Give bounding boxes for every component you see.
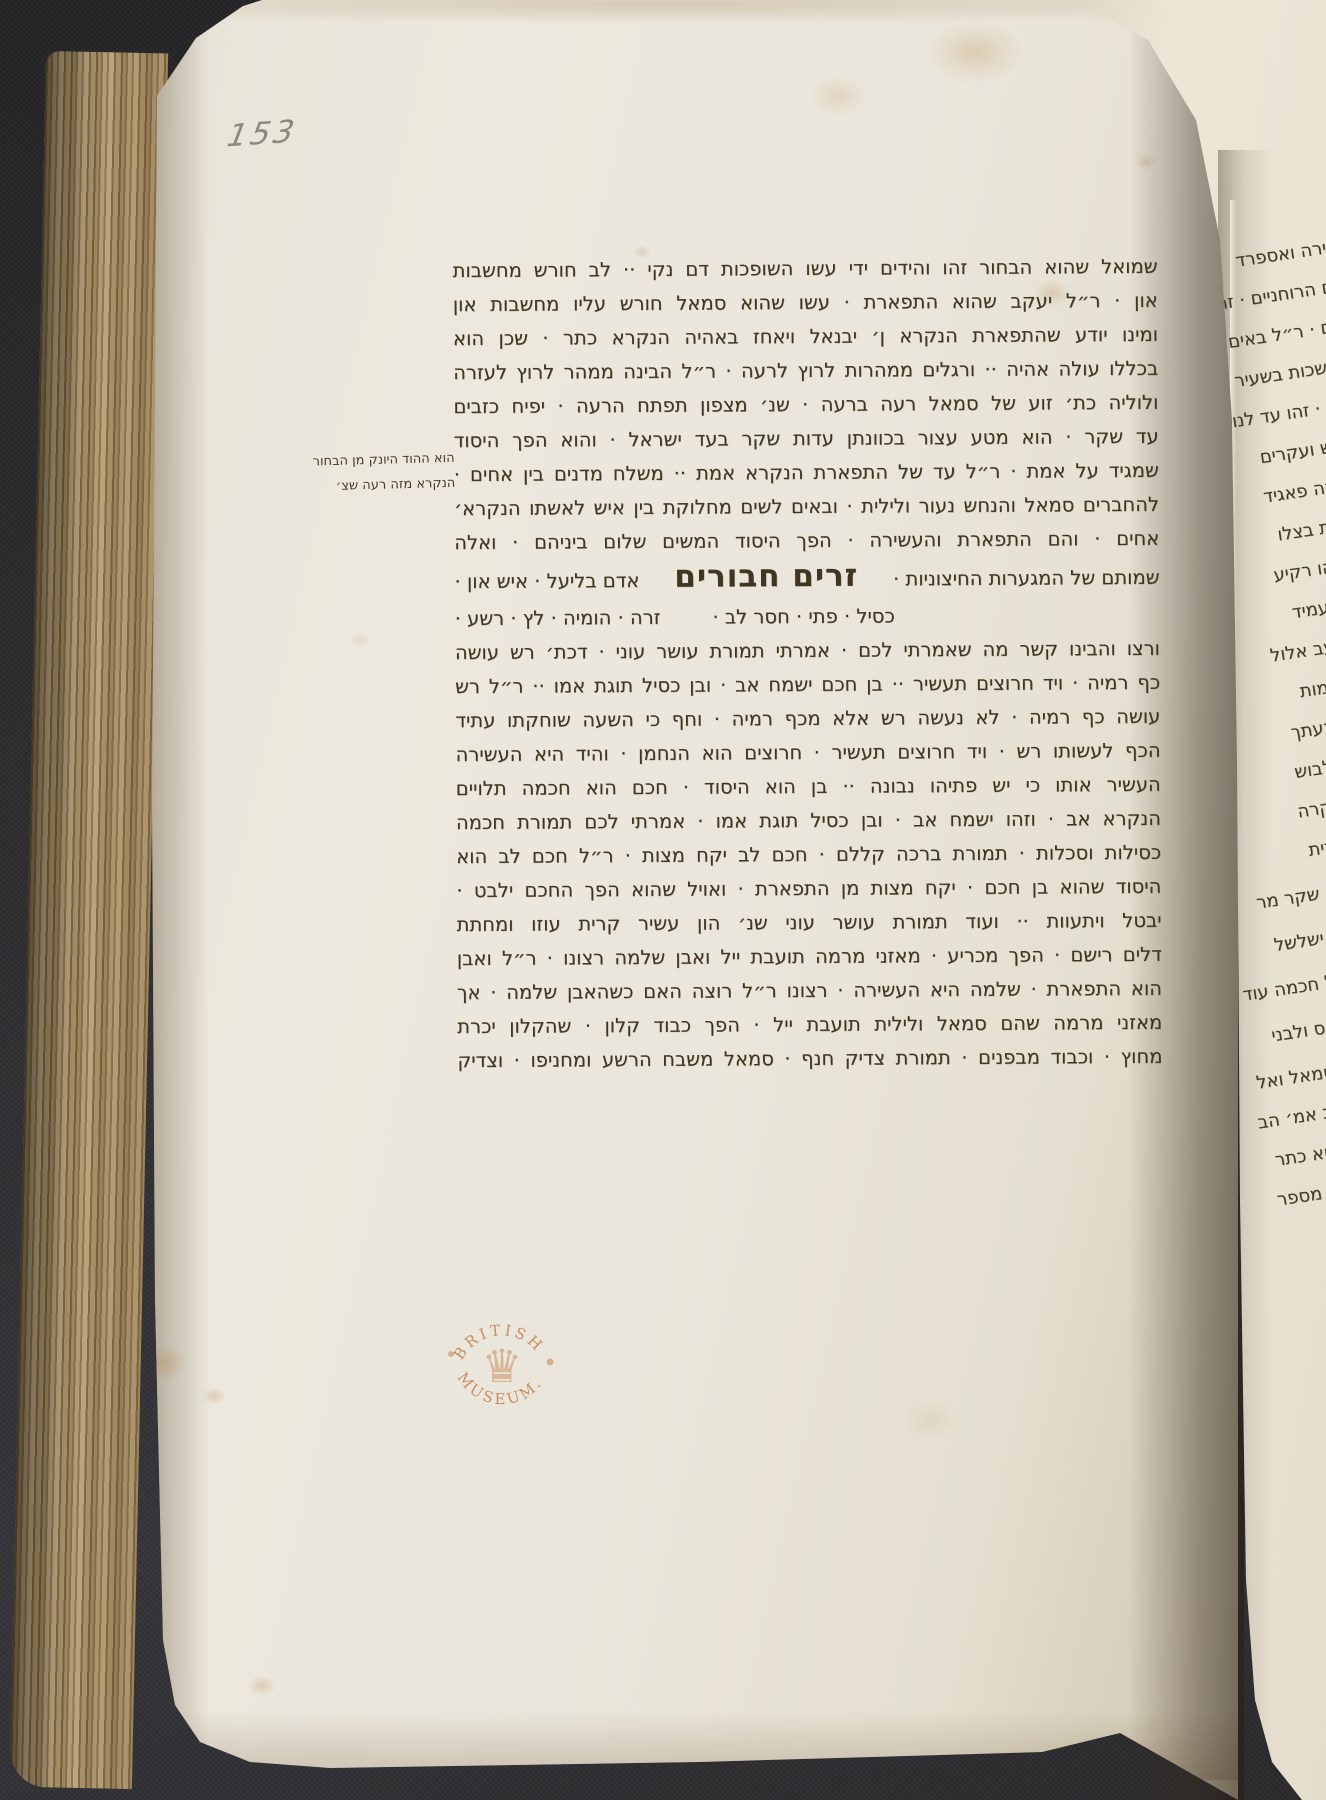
text-line: שמגיד על אמת · ר״ל עד של התפארת הנקרא אמ… xyxy=(454,454,1159,492)
text-line: און · ר״ל יעקב שהוא התפארת · עשו שהוא סמ… xyxy=(453,284,1158,322)
epithet-list-line: כסיל · פתי · חסר לב · זרה · הומיה · לץ ·… xyxy=(455,598,1160,636)
text-line: העשיר אותו כי יש פתיהו נבונה ·· בן הוא ה… xyxy=(456,768,1161,806)
manuscript-photo: 153 הוא ההוד היונק מן הבחור הנקרא מזה רע… xyxy=(0,0,1326,1800)
folio-number: 153 xyxy=(224,114,300,155)
text-line: כף רמיה · ויד חרוצים תעשיר ·· בן חכם ישמ… xyxy=(455,666,1160,704)
text-line: עד שקר · הוא מטע עצור בכוונתן עדות שקר ב… xyxy=(454,420,1159,458)
text-line: להחברים סמאל והנחש נעור ולילית · ובאים ל… xyxy=(454,488,1159,526)
section-heading-line: שמותם של המגערות החיצוניות · זרים חבורים… xyxy=(454,556,1159,602)
text-line: שמואל שהוא הבחור זהו והידים ידי עשו השופ… xyxy=(452,250,1157,288)
text-line: ולוליה כת׳ זוע של סמאל רעה ברעה · שנ׳ מצ… xyxy=(453,386,1158,424)
text-line: מאזני מרמה שהם סמאל ולילית תועבת ייל · ה… xyxy=(457,1006,1162,1044)
text-line: יבטל ויתעוות ·· ועוד תמורת עושר עוני שנ׳… xyxy=(456,904,1161,942)
text-line: הכף לעשותו רש · ויד חרוצים תעשיר · חרוצי… xyxy=(455,734,1160,772)
british-museum-stamp: BRITISH MUSEUM. ♛ xyxy=(446,1306,558,1424)
epithet-cluster-right: כסיל · פתי · חסר לב · xyxy=(712,599,895,634)
text-line: הוא התפארת · שלמה היא העשירה · רצונו ר״ל… xyxy=(457,972,1162,1010)
text-line: דלים רישם · הפך מכריע · מאזני מרמה תועבת… xyxy=(457,938,1162,976)
section-title: זרים חבורים xyxy=(674,558,858,595)
text-line: היסוד שהוא בן חכם · יקח מצות מן התפארת ·… xyxy=(456,870,1161,908)
text-line: כסילות וסכלות · תמורת ברכה קללם · חכם לב… xyxy=(456,836,1161,874)
epithet-cluster-left: זרה · הומיה · לץ · רשע · xyxy=(455,601,661,636)
text-line: בכללו עולה אהיה ·· ורגלים ממהרות לרוץ לר… xyxy=(453,352,1158,390)
stamp-dot-right xyxy=(547,1359,554,1366)
main-text-block: שמואל שהוא הבחור זהו והידים ידי עשו השופ… xyxy=(452,250,1162,1078)
crown-icon: ♛ xyxy=(481,1339,522,1393)
heading-trail-text: אדם בליעל · איש און · xyxy=(454,569,639,593)
text-line: הנקרא אב · וזהו ישמח אב · ובן כסיל תוגת … xyxy=(456,802,1161,840)
margin-note-line: הנקרא מזה רעה שצ׳ xyxy=(283,471,456,500)
margin-note: הוא ההוד היונק מן הבחור הנקרא מזה רעה שצ… xyxy=(282,446,455,500)
text-line: ורצו והבינו קשר מה שאמרתי לכם · אמרתי תמ… xyxy=(455,632,1160,670)
text-line: ומינו יודע שהתפארת הנקרא ן׳ יבנאל ויאחז … xyxy=(453,318,1158,356)
text-line: עושה כף רמיה · לא נעשה רש אלא מכף רמיה ·… xyxy=(455,700,1160,738)
text-line: אחים · והם התפארת והעשירה · הפך היסוד המ… xyxy=(454,522,1159,560)
heading-lead-text: שמותם של המגערות החיצוניות · xyxy=(893,566,1160,591)
text-line: מחוץ · וכבוד מבפנים · תמורת צדיק חנף · ס… xyxy=(457,1040,1162,1078)
stamp-dot-left xyxy=(448,1351,454,1357)
